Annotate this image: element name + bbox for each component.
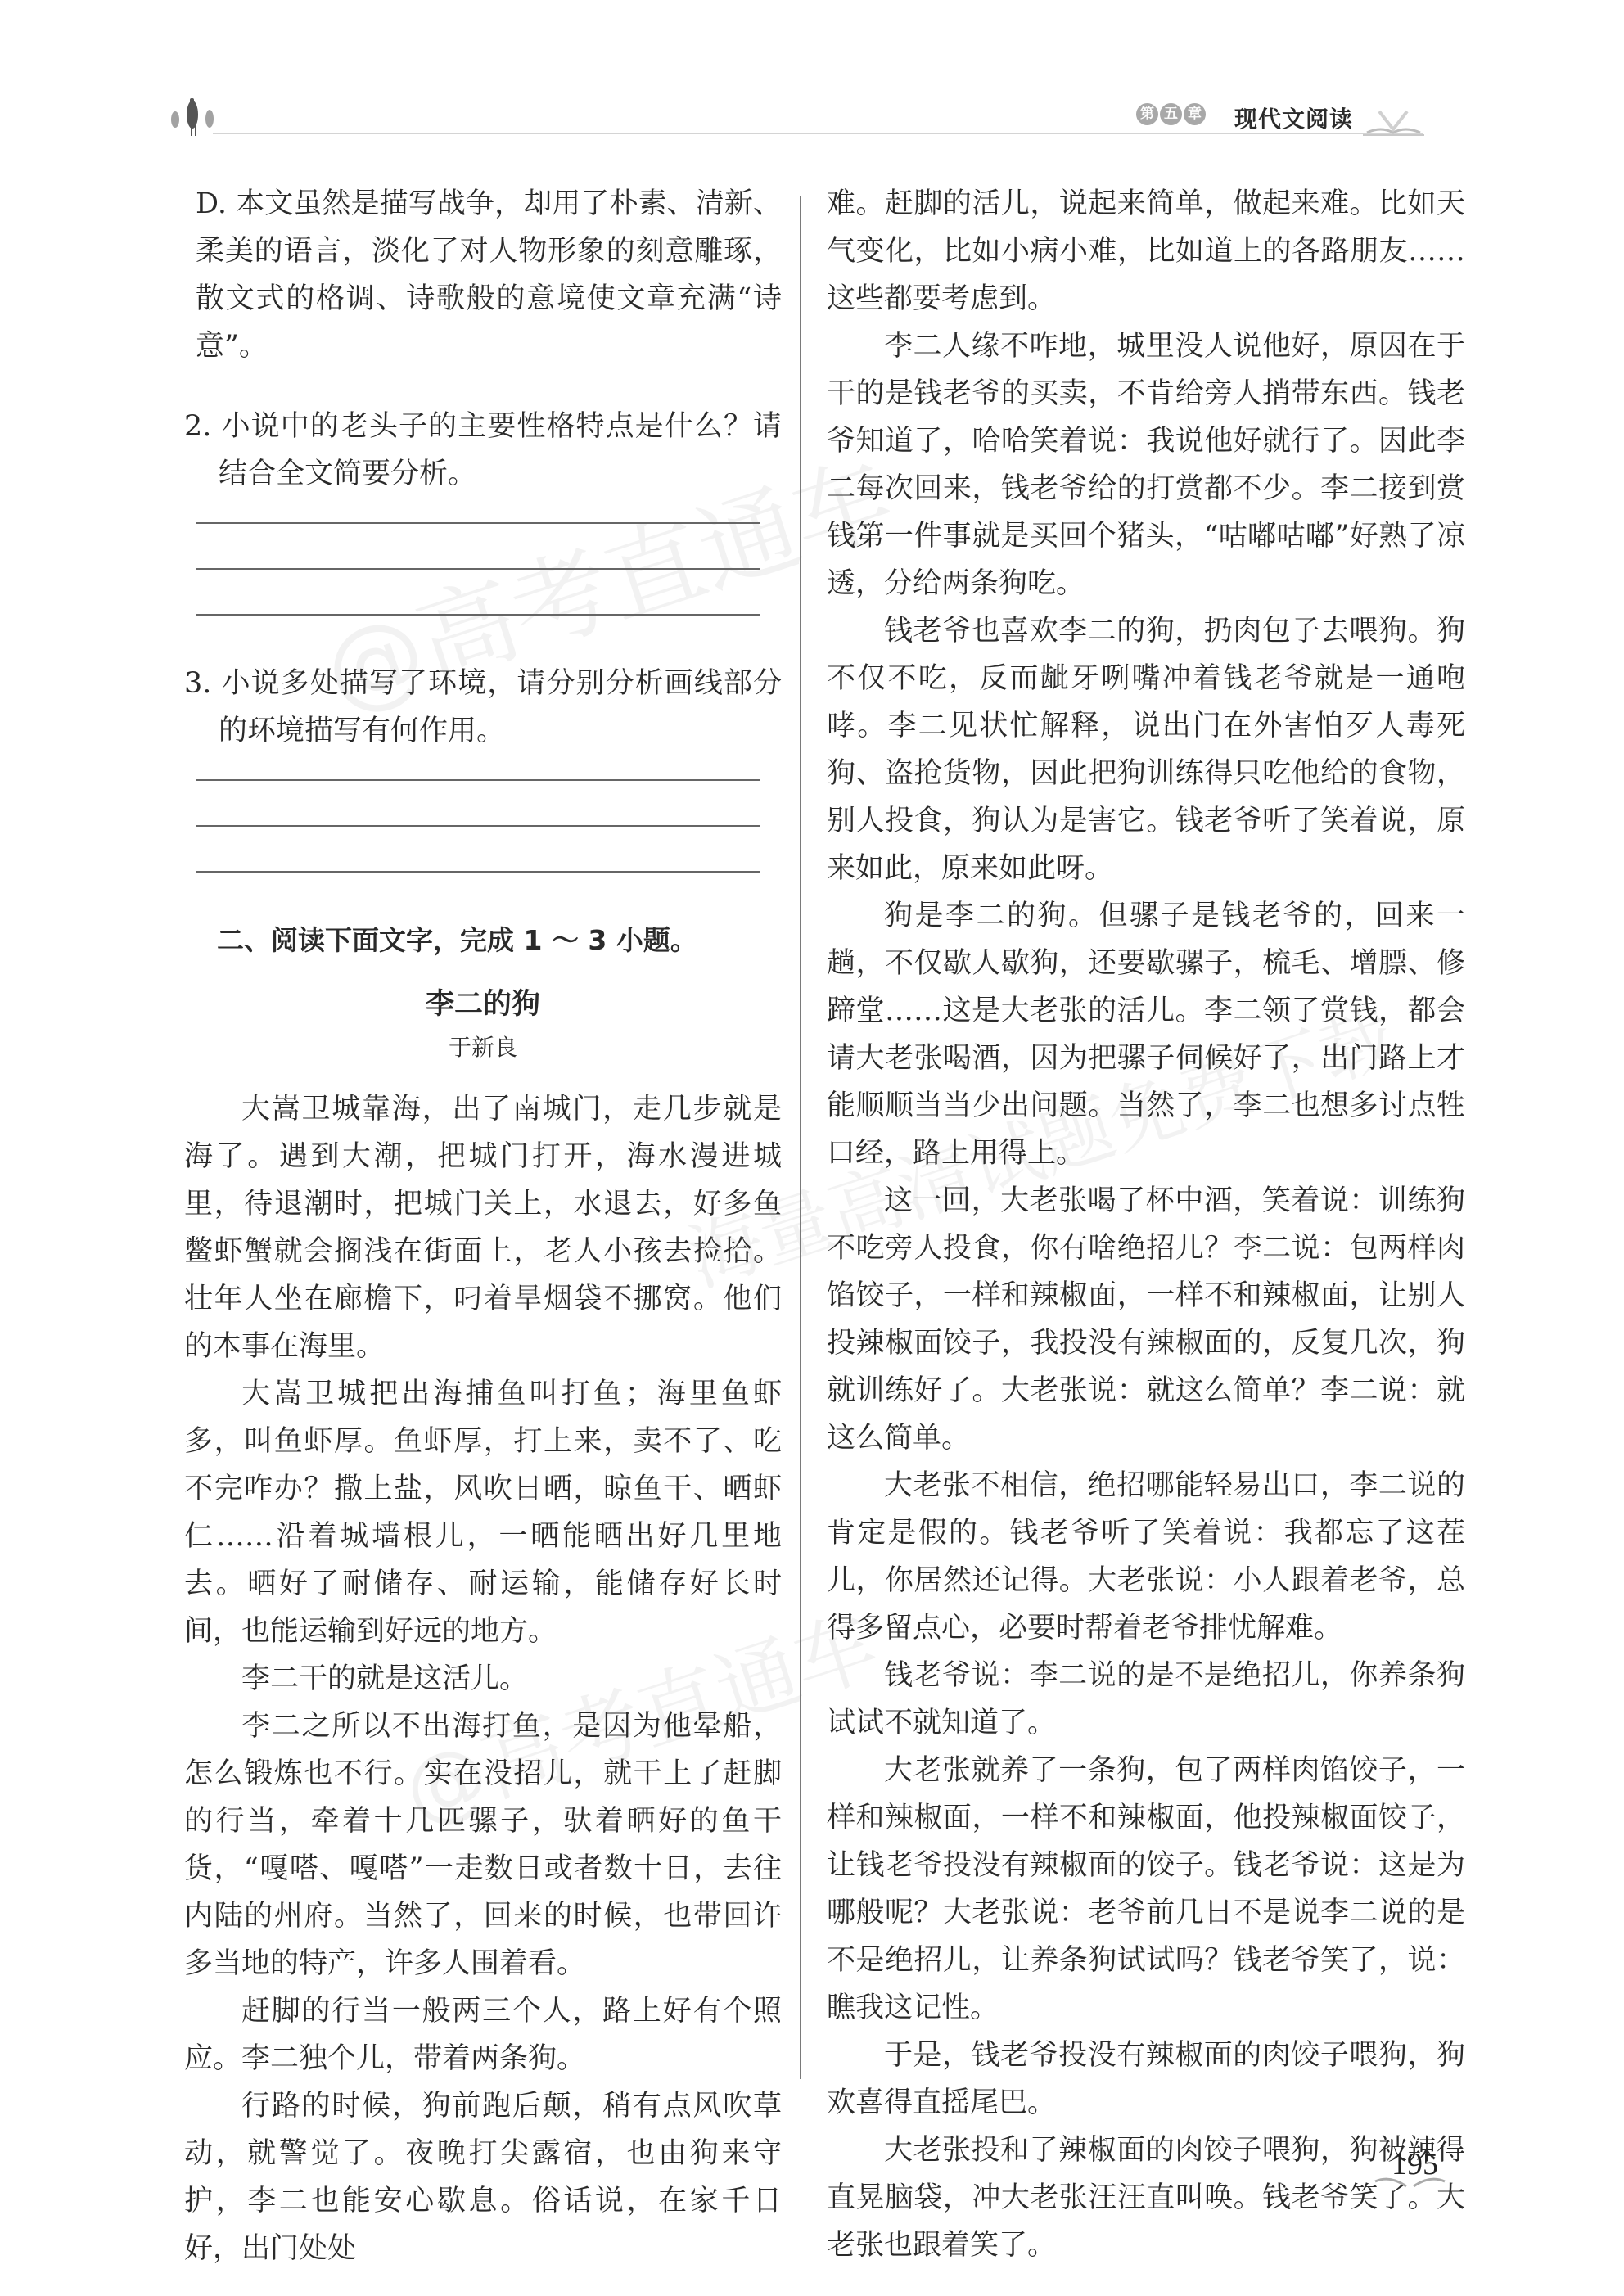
- answer-line[interactable]: [196, 614, 760, 616]
- section-heading: 二、阅读下面文字，完成 1 ～ 3 小题。: [217, 917, 782, 964]
- answer-line[interactable]: [196, 825, 760, 827]
- right-column: 难。赶脚的活儿，说起来简单，做起来难。比如天气变化，比如小病小难，比如道上的各路…: [827, 180, 1465, 2269]
- story-author: 于新良: [184, 1028, 782, 1067]
- story-paragraph: 李二干的就是这活儿。: [184, 1655, 782, 1703]
- answer-line[interactable]: [196, 779, 760, 781]
- question-3: 3. 小说多处描写了环境，请分别分析画线部分的环境描写有何作用。: [184, 660, 782, 755]
- answer-line[interactable]: [196, 522, 760, 524]
- story-paragraph: 大嵩卫城靠海，出了南城门，走几步就是海了。遇到大潮，把城门打开，海水漫进城里，待…: [184, 1085, 782, 1370]
- story-paragraph: 狗是李二的狗。但骡子是钱老爷的，回来一趟，不仅歇人歇狗，还要歇骡子，梳毛、增膘、…: [827, 892, 1465, 1177]
- story-paragraph: 钱老爷也喜欢李二的狗，扔肉包子去喂狗。狗不仅不吃，反而龇牙咧嘴冲着钱老爷就是一通…: [827, 607, 1465, 892]
- option-d: D. 本文虽然是描写战争，却用了朴素、清新、柔美的语言，淡化了对人物形象的刻意雕…: [196, 180, 782, 370]
- answer-lines-q2[interactable]: [196, 522, 782, 616]
- story-paragraph: 大老张不相信，绝招哪能轻易出口，李二说的肯定是假的。钱老爷听了笑着说：我都忘了这…: [827, 1462, 1465, 1652]
- chapter-badge: 第: [1136, 103, 1158, 125]
- answer-line[interactable]: [196, 871, 760, 873]
- story-paragraph: 大嵩卫城把出海捕鱼叫打鱼；海里鱼虾多，叫鱼虾厚。鱼虾厚，打上来，卖不了、吃不完咋…: [184, 1370, 782, 1655]
- section-title: 现代文阅读: [1234, 101, 1353, 134]
- chapter-badges: 第 五 章: [1136, 103, 1206, 125]
- open-book-icon: [1363, 105, 1424, 139]
- story-paragraph: 李二人缘不咋地，城里没人说他好，原因在于干的是钱老爷的买卖，不肯给旁人捎带东西。…: [827, 323, 1465, 607]
- column-divider: [800, 196, 801, 2079]
- story-paragraph: 于是，钱老爷投没有辣椒面的肉饺子喂狗，狗欢喜得直摇尾巴。: [827, 2032, 1465, 2127]
- story-paragraph: 李二之所以不出海打鱼，是因为他晕船，怎么锻炼也不行。实在没招儿，就干上了赶脚的行…: [184, 1703, 782, 1987]
- answer-line[interactable]: [196, 568, 760, 570]
- story-paragraph: 难。赶脚的活儿，说起来简单，做起来难。比如天气变化，比如小病小难，比如道上的各路…: [827, 180, 1465, 323]
- story-paragraph: 行路的时候，狗前跑后颠，稍有点风吹草动，就警觉了。夜晚打尖露宿，也由狗来守护，李…: [184, 2082, 782, 2272]
- question-2: 2. 小说中的老头子的主要性格特点是什么？请结合全文简要分析。: [184, 403, 782, 498]
- story-paragraph: 大老张就养了一条狗，包了两样肉馅饺子，一样和辣椒面，一样不和辣椒面，他投辣椒面饺…: [827, 1747, 1465, 2032]
- story-paragraph: 赶脚的行当一般两三个人，路上好有个照应。李二独个儿，带着两条狗。: [184, 1987, 782, 2082]
- answer-lines-q3[interactable]: [196, 779, 782, 873]
- story-paragraph: 大老张投和了辣椒面的肉饺子喂狗，狗被辣得直晃脑袋，冲大老张汪汪直叫唤。钱老爷笑了…: [827, 2127, 1465, 2269]
- runners-icon: [164, 97, 221, 138]
- story-paragraph: 钱老爷说：李二说的是不是绝招儿，你养条狗试试不就知道了。: [827, 1652, 1465, 1747]
- story-paragraph: 这一回，大老张喝了杯中酒，笑着说：训练狗不吃旁人投食，你有啥绝招儿？李二说：包两…: [827, 1177, 1465, 1462]
- chapter-badge: 五: [1160, 103, 1182, 125]
- left-column: D. 本文虽然是描写战争，却用了朴素、清新、柔美的语言，淡化了对人物形象的刻意雕…: [184, 180, 782, 2272]
- story-title: 李二的狗: [184, 981, 782, 1028]
- ornament-icon: [1367, 2173, 1453, 2191]
- page-header: 第 五 章 现代文阅读: [0, 0, 1624, 164]
- chapter-badge: 章: [1184, 103, 1206, 125]
